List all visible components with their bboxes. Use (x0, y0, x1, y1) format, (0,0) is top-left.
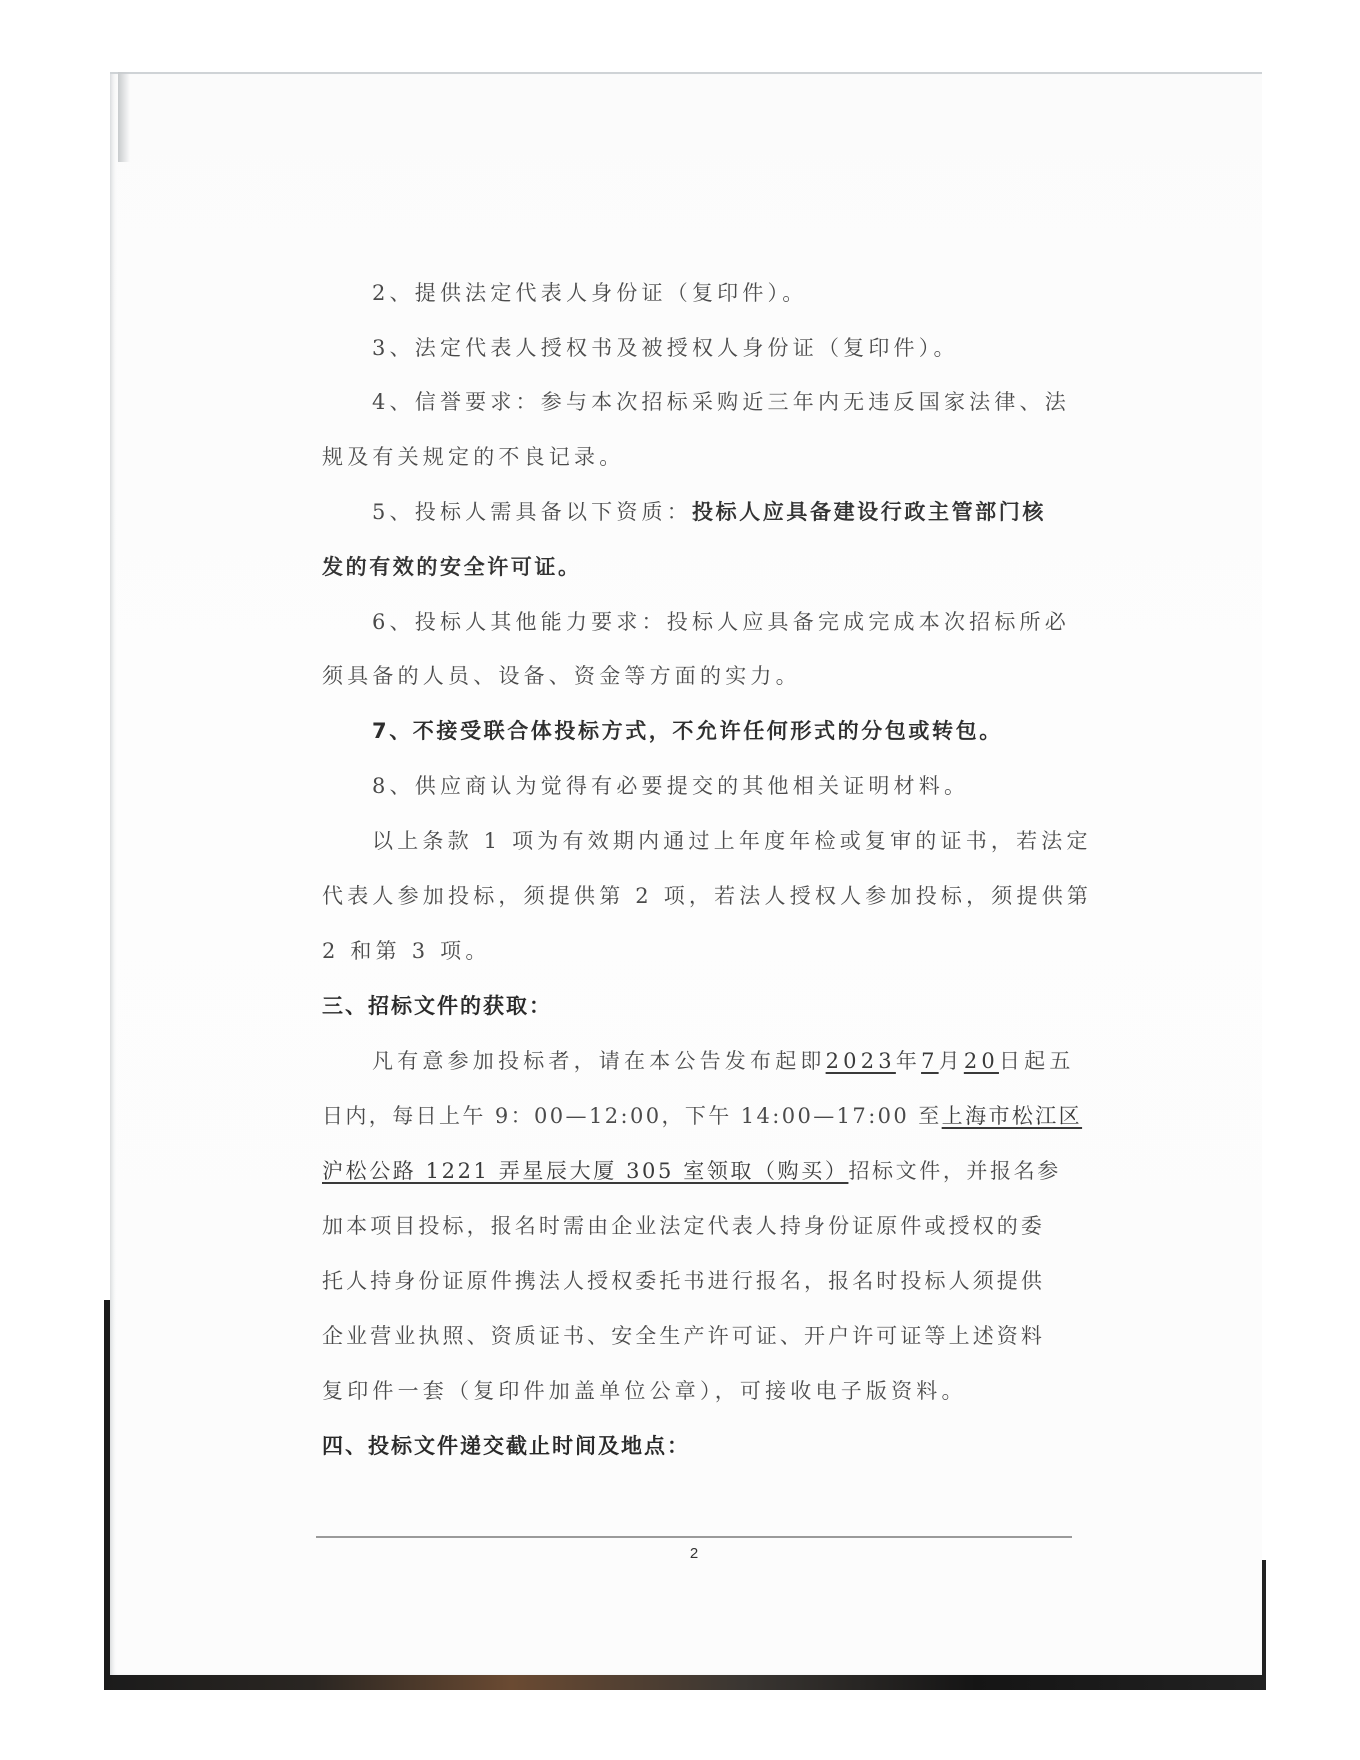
s3-month: 7 (921, 1049, 939, 1073)
s3-year: 2023 (826, 1049, 896, 1073)
s3-day: 20 (964, 1049, 999, 1073)
section-4-heading: 四、投标文件递交截止时间及地点： (322, 1431, 690, 1461)
requirement-item-5-continued: 发的有效的安全许可证。 (322, 552, 582, 582)
s3-address-part-1: 上海市松江区 (942, 1104, 1082, 1128)
footer-divider (316, 1536, 1072, 1538)
note-line-1: 以上条款 1 项为有效期内通过上年度年检或复审的证书，若法定 (372, 826, 1092, 856)
s3-month-suffix: 月 (939, 1049, 964, 1073)
s3-year-suffix: 年 (896, 1049, 921, 1073)
item-5-qualification-continued: 发的有效的安全许可证。 (322, 555, 582, 579)
requirement-item-8: 8、供应商认为觉得有必要提交的其他相关证明材料。 (372, 771, 969, 801)
s3-intro: 凡有意参加投标者，请在本公告发布起即 (372, 1049, 826, 1073)
s3-hours: 日内，每日上午 9：00—12:00，下午 14:00—17:00 至 (322, 1104, 942, 1128)
section-3-line-5: 托人持身份证原件携法人授权委托书进行报名，报名时投标人须提供 (322, 1266, 1045, 1296)
note-line-2: 代表人参加投标，须提供第 2 项，若法人授权人参加投标，须提供第 (322, 881, 1092, 911)
section-3-line-7: 复印件一套（复印件加盖单位公章），可接收电子版资料。 (322, 1376, 967, 1406)
requirement-item-7: 7、不接受联合体投标方式，不允许任何形式的分包或转包。 (372, 716, 1003, 746)
item-5-label: 5、投标人需具备以下资质： (372, 500, 692, 524)
section-3-line-4: 加本项目投标，报名时需由企业法定代表人持身份证原件或授权的委 (322, 1211, 1045, 1241)
requirement-item-5: 5、投标人需具备以下资质：投标人应具备建设行政主管部门核 (372, 497, 1046, 527)
section-3-heading: 三、招标文件的获取： (322, 991, 552, 1021)
requirement-item-4: 4、信誉要求：参与本次招标采购近三年内无违反国家法律、法 (372, 387, 1070, 417)
s3-day-suffix: 日起五 (999, 1049, 1075, 1073)
section-3-line-3: 沪松公路 1221 弄星辰大厦 305 室领取（购买）招标文件，并报名参 (322, 1156, 1061, 1186)
page-number: 2 (686, 1545, 702, 1562)
requirement-item-6: 6、投标人其他能力要求：投标人应具备完成完成本次招标所必 (372, 607, 1070, 637)
requirement-item-3: 3、法定代表人授权书及被授权人身份证（复印件）。 (372, 333, 959, 363)
s3-line-3-tail: 招标文件，并报名参 (848, 1159, 1060, 1183)
requirement-item-4-continued: 规及有关规定的不良记录。 (322, 442, 624, 472)
requirement-item-2: 2、提供法定代表人身份证（复印件）。 (372, 278, 807, 308)
requirement-item-6-continued: 须具备的人员、设备、资金等方面的实力。 (322, 661, 801, 691)
s3-address-part-2: 沪松公路 1221 弄星辰大厦 305 室领取（购买） (322, 1159, 848, 1183)
note-line-3: 2 和第 3 项。 (322, 936, 491, 966)
section-3-line-1: 凡有意参加投标者，请在本公告发布起即2023年7月20日起五 (372, 1046, 1075, 1076)
section-3-line-2: 日内，每日上午 9：00—12:00，下午 14:00—17:00 至上海市松江… (322, 1101, 1082, 1131)
item-5-qualification: 投标人应具备建设行政主管部门核 (692, 500, 1046, 524)
page-curl-shadow (118, 72, 130, 162)
section-3-line-6: 企业营业执照、资质证书、安全生产许可证、开户许可证等上述资料 (322, 1321, 1045, 1351)
